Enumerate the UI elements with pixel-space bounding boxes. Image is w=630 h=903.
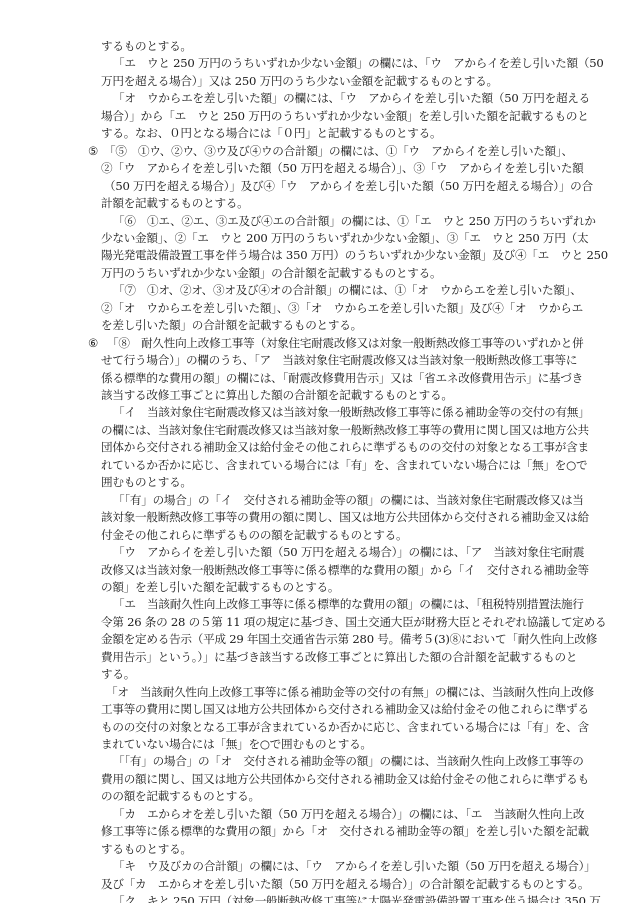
text-line: 万円を超える場合）」又は 250 万円のうち少ない金額を記載するものとする。 <box>101 73 498 90</box>
text-line: れているか否かに応じ、含まれている場合には「有」を、含まれていない場合には「無」… <box>101 457 587 474</box>
text-line: 該対象一般断熱改修工事等の費用の額に関し、国又は地方公共団体から交付される補助金… <box>101 509 589 526</box>
text-line: 少ない金額」、②「エ ウと 200 万円のうちいずれか少ない金額」、③「エ ウと… <box>101 230 588 247</box>
text-line: するものとする。 <box>101 841 192 858</box>
text-line: 該当する改修工事ごとに算出した額の合計額を記載するものとする。 <box>101 387 453 404</box>
text-line: 費用告示」という。）」に基づき該当する改修工事ごとに算出した額の合計額を記載する… <box>101 649 577 666</box>
text-line: 付金その他これらに準ずるものの額を記載するものとする。 <box>101 527 407 544</box>
text-line: 「ク キと 250 万円（対象一般断熱改修工事等に太陽光発電設備設置工事を伴う場… <box>113 893 601 903</box>
text-line: まれていない場合には「無」を○で囲むものとする。 <box>101 736 372 753</box>
text-line: 場合）」から「エ ウと 250 万円のうちいずれか少ない金額」を差し引いた額を記… <box>101 108 589 125</box>
text-line: ②「ウ アからイを差し引いた額（50 万円を超える場合）」、③「ウ アからイを差… <box>101 160 584 177</box>
text-line: 「カ エからオを差し引いた額（50 万円を超える場合）」の欄には、「エ 当該耐久… <box>113 806 584 823</box>
text-line: 及び「カ エからオを差し引いた額（50 万円を超える場合）」の合計額を記載するも… <box>101 876 589 893</box>
text-line: 陽光発電設備設置工事を伴う場合は 350 万円）のうちいずれか少ない金額」及び④… <box>101 247 608 264</box>
text-line: 「エ 当該耐久性向上改修工事等に係る標準的な費用の額」の欄には、「租税特別措置法… <box>113 596 584 613</box>
text-line: 「⑤ ①ウ、②ウ、③ウ及び④ウの合計額」の欄には、①「ウ アからイを差し引いた額… <box>104 143 573 160</box>
text-line: を差し引いた額」の合計額を記載するものとする。 <box>101 317 362 334</box>
text-line: する。 <box>101 666 135 683</box>
text-line: 係る標準的な費用の額」の欄には、「耐震改修費用告示」又は「省エネ改修費用告示」に… <box>101 370 583 387</box>
document-page: するものとする。「エ ウと 250 万円のうちいずれか少ない金額」の欄には、「ウ… <box>0 0 630 903</box>
text-line: 「オ ウからエを差し引いた額」の欄には、「ウ アからイを差し引いた額（50 万円… <box>113 90 590 107</box>
text-line: 団体から交付される補助金又は給付金その他これらに準ずるものの交付の対象となる工事… <box>101 439 589 456</box>
text-line: 計額を記載するものとする。 <box>101 195 248 212</box>
text-line: ものの交付の対象となる工事が含まれているか否かに応じ、含まれている場合には「有」… <box>101 719 589 736</box>
text-line: 費用の額に関し、国又は地方公共団体から交付される補助金又は給付金その他これらに準… <box>101 771 589 788</box>
text-line: 改修又は当該対象一般断熱改修工事等に係る標準的な費用の額」から「イ 交付される補… <box>101 562 589 579</box>
text-line: 「エ ウと 250 万円のうちいずれか少ない金額」の欄には、「ウ アからイを差し… <box>113 55 603 72</box>
text-line: せて行う場合）」の欄のうち、「ア 当該対象住宅耐震改修又は当該対象一般断熱改修工… <box>101 352 577 369</box>
text-line: のの額を記載するものとする。 <box>101 788 260 805</box>
text-line: するものとする。 <box>101 38 192 55</box>
text-line: 「⑥ ①エ、②エ、③エ及び④エの合計額」の欄には、①「エ ウと 250 万円のう… <box>113 213 596 230</box>
text-line: ②「オ ウからエを差し引いた額」、③「オ ウからエを差し引いた額」及び④「オ ウ… <box>101 300 583 317</box>
text-line: 「キ ウ及びカの合計額」の欄には、「ウ アからイを差し引いた額（50 万円を超え… <box>113 858 596 875</box>
text-line: の欄には、当該対象住宅耐震改修又は当該対象一般断熱改修工事等の費用に関し国又は地… <box>101 422 589 439</box>
text-line: 「⑧ 耐久性向上改修工事等（対象住宅耐震改修又は対象一般断熱改修工事等のいずれか… <box>107 335 583 352</box>
text-line: 「イ 当該対象住宅耐震改修又は当該対象一般断熱改修工事等に係る補助金等の交付の有… <box>113 404 589 421</box>
text-line: の額」を差し引いた額を記載するものとする。 <box>101 579 339 596</box>
text-line: する。なお、０円となる場合には「０円」と記載するものとする。 <box>101 125 441 142</box>
text-line: 「⑦ ①オ、②オ、③オ及び④オの合計額」の欄には、①「オ ウからエを差し引いた額… <box>113 282 582 299</box>
text-line: 令第 26 条の 28 の５第 11 項の規定に基づき、国土交通大臣が財務大臣と… <box>101 614 606 631</box>
text-line: （50 万円を超える場合）」及び④「ウ アからイを差し引いた額（50 万円を超え… <box>104 178 593 195</box>
text-line: 「「有」の場合」の「イ 交付される補助金等の額」の欄には、当該対象住宅耐震改修又… <box>113 492 584 509</box>
text-line: 万円のうちいずれか少ない金額」の合計額を記載するものとする。 <box>101 265 441 282</box>
item-number-marker: ⑤ <box>88 143 98 160</box>
text-line: 「ウ アからイを差し引いた額（50 万円を超える場合）」の欄には、「ア 当該対象… <box>113 544 584 561</box>
text-line: 金額を定める告示（平成 29 年国土交通省告示第 280 号。備考５(3)⑧にお… <box>101 631 597 648</box>
text-line: 「「有」の場合」の「オ 交付される補助金等の額」の欄には、当該耐久性向上改修工事… <box>113 753 584 770</box>
item-number-marker: ⑥ <box>88 335 98 352</box>
text-line: 囲むものとする。 <box>101 474 192 491</box>
text-line: 「オ 当該耐久性向上改修工事等に係る補助金等の交付の有無」の欄には、当該耐久性向… <box>106 684 594 701</box>
text-line: 修工事等に係る標準的な費用の額」から「オ 交付される補助金等の額」を差し引いた額… <box>101 823 589 840</box>
text-line: 工事等の費用に関し国又は地方公共団体から交付される補助金又は給付金その他これらに… <box>101 701 589 718</box>
